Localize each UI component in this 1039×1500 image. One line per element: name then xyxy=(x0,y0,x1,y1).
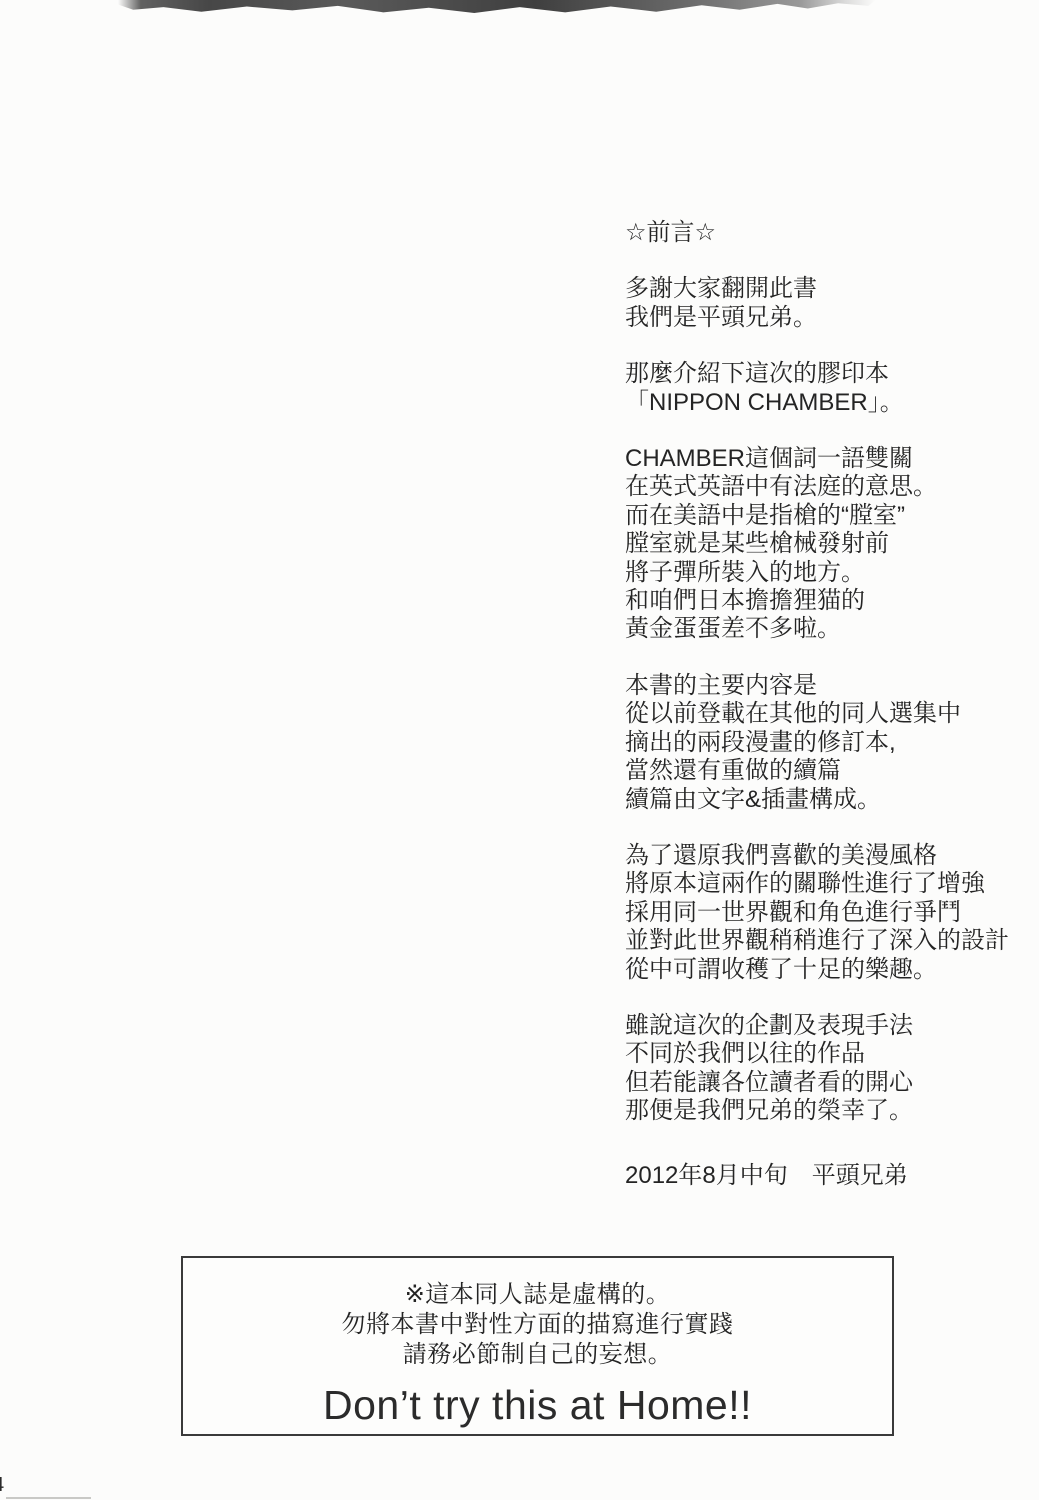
page-number: 4 xyxy=(0,1474,4,1497)
text-line: 當然還有重做的續篇 xyxy=(625,757,1039,785)
text-line: 但若能讓各位讀者看的開心 xyxy=(625,1069,1039,1097)
scan-edge-artifact-bottom xyxy=(6,1497,91,1499)
text-line: 為了還原我們喜歡的美漫風格 xyxy=(625,842,1039,870)
text-line: 在英式英語中有法庭的意思。 xyxy=(625,473,1039,501)
paragraph-intro: 那麼介紹下這次的膠印本 「NIPPON CHAMBER」。 xyxy=(625,360,1039,417)
text-line: 「NIPPON CHAMBER」。 xyxy=(625,389,1039,417)
disclaimer-box: ※這本同人誌是虛構的。 勿將本書中對性方面的描寫進行實踐 請務必節制自己的妄想。… xyxy=(181,1256,894,1436)
text-line: 我們是平頭兄弟。 xyxy=(625,304,1039,332)
text-line: 續篇由文字&插畫構成。 xyxy=(625,786,1039,814)
text-line: 那便是我們兄弟的榮幸了。 xyxy=(625,1097,1039,1125)
paragraph-thanks: 多謝大家翻開此書 我們是平頭兄弟。 xyxy=(625,275,1039,332)
disclaimer-line: 勿將本書中對性方面的描寫進行實踐 xyxy=(183,1310,892,1340)
text-line: 將原本這兩作的關聯性進行了增強 xyxy=(625,870,1039,898)
preface-heading: ☆前言☆ xyxy=(625,219,1039,247)
text-line: 並對此世界觀稍稍進行了深入的設計 xyxy=(625,927,1039,955)
text-line: 那麼介紹下這次的膠印本 xyxy=(625,360,1039,388)
text-line: 而在美語中是指槍的“膛室” xyxy=(625,502,1039,530)
text-line: 不同於我們以往的作品 xyxy=(625,1040,1039,1068)
text-line: 將子彈所裝入的地方。 xyxy=(625,559,1039,587)
text-line: 雖說這次的企劃及表現手法 xyxy=(625,1012,1039,1040)
text-line: 從以前登載在其他的同人選集中 xyxy=(625,700,1039,728)
text-line: 摘出的兩段漫畫的修訂本, xyxy=(625,729,1039,757)
preface-text-block: ☆前言☆ 多謝大家翻開此書 我們是平頭兄弟。 那麼介紹下這次的膠印本 「NIPP… xyxy=(625,219,1039,1190)
scan-edge-artifact-top xyxy=(118,0,876,13)
disclaimer-line: ※這本同人誌是虛構的。 xyxy=(183,1280,892,1310)
scanned-document-page: ☆前言☆ 多謝大家翻開此書 我們是平頭兄弟。 那麼介紹下這次的膠印本 「NIPP… xyxy=(0,0,1039,1500)
text-line: CHAMBER這個詞一語雙關 xyxy=(625,445,1039,473)
text-line: 黃金蛋蛋差不多啦。 xyxy=(625,615,1039,643)
paragraph-closing: 雖說這次的企劃及表現手法 不同於我們以往的作品 但若能讓各位讀者看的開心 那便是… xyxy=(625,1012,1039,1126)
signoff-date-author: 2012年8月中旬 平頭兄弟 xyxy=(625,1162,1039,1190)
disclaimer-line: 請務必節制自己的妄想。 xyxy=(183,1340,892,1370)
paragraph-contents: 本書的主要内容是 從以前登載在其他的同人選集中 摘出的兩段漫畫的修訂本, 當然還… xyxy=(625,672,1039,814)
text-line: 膛室就是某些槍械發射前 xyxy=(625,530,1039,558)
text-line: 本書的主要内容是 xyxy=(625,672,1039,700)
paragraph-chamber-meaning: CHAMBER這個詞一語雙關 在英式英語中有法庭的意思。 而在美語中是指槍的“膛… xyxy=(625,445,1039,644)
paragraph-style: 為了還原我們喜歡的美漫風格 將原本這兩作的關聯性進行了增強 採用同一世界觀和角色… xyxy=(625,842,1039,984)
text-line: 多謝大家翻開此書 xyxy=(625,275,1039,303)
text-line: 採用同一世界觀和角色進行爭鬥 xyxy=(625,899,1039,927)
disclaimer-slogan: Don’t try this at Home!! xyxy=(183,1382,892,1429)
text-line: 從中可謂收穫了十足的樂趣。 xyxy=(625,956,1039,984)
text-line: 和咱們日本擔擔狸猫的 xyxy=(625,587,1039,615)
